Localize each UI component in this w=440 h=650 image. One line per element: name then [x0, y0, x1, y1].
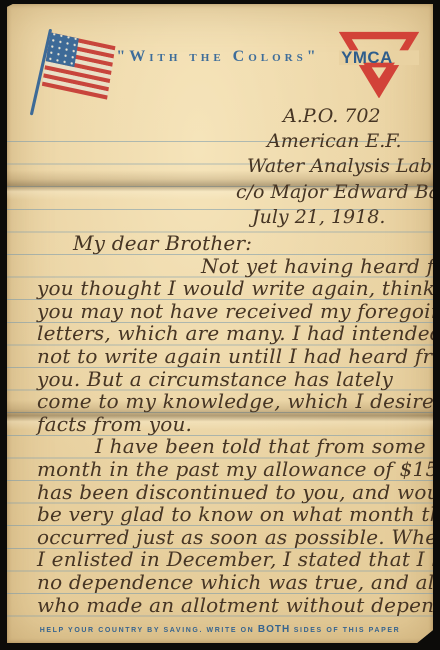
with-the-colors-motto: "With the Colors": [103, 48, 333, 66]
body-line: I enlisted in December, I stated that I …: [37, 548, 435, 571]
address-line: c/o Major Edward Bartow: [236, 180, 431, 205]
body-line: month in the past my allowance of $15.00: [37, 458, 435, 481]
body-line: Not yet having heard from: [37, 255, 435, 278]
body-line: you thought I would write again, thinkin…: [37, 277, 435, 300]
body-line: letters, which are many. I had intended: [37, 322, 435, 345]
address-block: A.P.O. 702 American E.F. Water Analysis …: [236, 104, 431, 230]
date-line: July 21, 1918.: [236, 205, 431, 230]
body-line: come to my knowledge, which I desire som…: [37, 390, 435, 413]
address-line: Water Analysis Lab.: [236, 154, 431, 179]
body-line: has been discontinued to you, and would: [37, 481, 435, 504]
body-line: facts from you.: [37, 413, 435, 436]
ymca-label: YMCA: [341, 48, 393, 67]
body-line: you may not have received my foregoing: [37, 300, 435, 323]
salutation: My dear Brother:: [37, 232, 435, 255]
body-line: not to write again untill I had heard fr…: [37, 345, 435, 368]
us-flag-icon: [15, 22, 123, 118]
body-line: you. But a circumstance has lately: [37, 368, 435, 391]
address-line: American E.F.: [236, 129, 431, 154]
letter-body: My dear Brother: Not yet having heard fr…: [37, 232, 435, 616]
footer-slogan: HELP YOUR COUNTRY BY SAVING. WRITE ON BO…: [7, 623, 433, 638]
scan-background: { "header": { "motto": "\"With the Color…: [0, 0, 440, 650]
body-line: be very glad to know on what month that: [37, 503, 435, 526]
body-line: no dependence which was true, and all me…: [37, 571, 435, 594]
ymca-triangle-icon: YMCA: [339, 30, 419, 98]
letter-paper: "With the Colors" YMCA A.P.O. 702 Americ…: [7, 4, 433, 643]
footer-text-2: SIDES OF THIS PAPER: [290, 627, 400, 634]
footer-text-1: HELP YOUR COUNTRY BY SAVING. WRITE ON: [40, 627, 258, 634]
body-line: I have been told that from some: [37, 435, 435, 458]
footer-emphasis: BOTH: [258, 624, 290, 635]
body-line: who made an allotment without dependence: [37, 594, 435, 617]
address-line: A.P.O. 702: [236, 104, 431, 129]
body-line: occurred just as soon as possible. When: [37, 526, 435, 549]
